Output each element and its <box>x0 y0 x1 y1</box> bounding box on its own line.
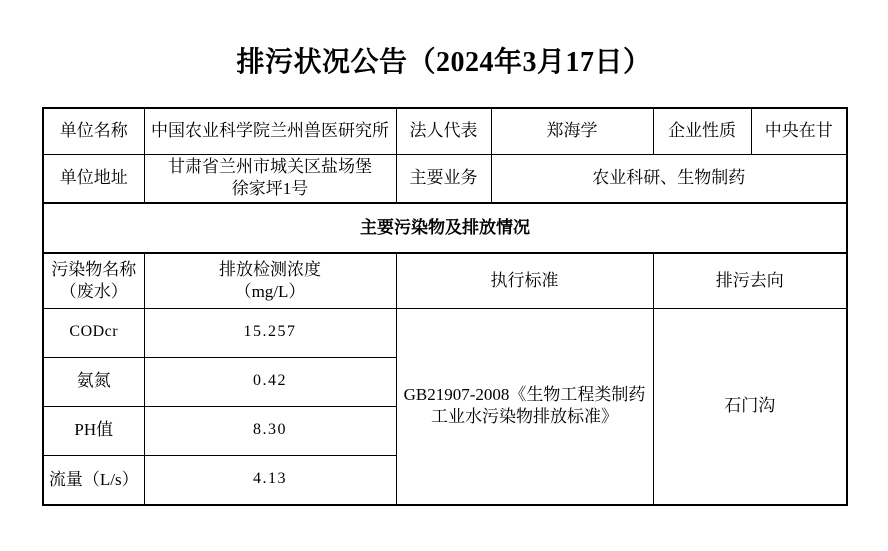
section-header: 主要污染物及排放情况 <box>43 203 847 253</box>
standard-header: 执行标准 <box>396 253 653 308</box>
pollutant-header-row: 污染物名称 （废水） 排放检测浓度 （mg/L） 执行标准 排污去向 <box>43 253 847 308</box>
pollutant-name-header: 污染物名称 （废水） <box>43 253 144 308</box>
unit-address-line2: 徐家坪1号 <box>147 178 394 200</box>
unit-name-label: 单位名称 <box>43 108 144 154</box>
legal-rep-value: 郑海学 <box>491 108 653 154</box>
destination-value: 石门沟 <box>653 308 847 505</box>
pollutant-row-codcr: CODcr 15.257 GB21907-2008《生物工程类制药 工业水污染物… <box>43 308 847 357</box>
pollutant-name: 流量（L/s） <box>43 455 144 505</box>
section-header-row: 主要污染物及排放情况 <box>43 203 847 253</box>
destination-header: 排污去向 <box>653 253 847 308</box>
concentration-header: 排放检测浓度 （mg/L） <box>144 253 396 308</box>
pollutant-value: 8.30 <box>144 406 396 455</box>
standard-value: GB21907-2008《生物工程类制药 工业水污染物排放标准》 <box>396 308 653 505</box>
announcement-page: 排污状况公告（2024年3月17日） 单位名称 中国农业科学院兰州兽医研究所 法… <box>0 0 888 551</box>
pollutant-name: PH值 <box>43 406 144 455</box>
unit-info-row-2: 单位地址 甘肃省兰州市城关区盐场堡 徐家坪1号 主要业务 农业科研、生物制药 <box>43 154 847 203</box>
unit-address-line1: 甘肃省兰州市城关区盐场堡 <box>147 156 394 178</box>
unit-info-row-1: 单位名称 中国农业科学院兰州兽医研究所 法人代表 郑海学 企业性质 中央在甘 <box>43 108 847 154</box>
unit-address-label: 单位地址 <box>43 154 144 203</box>
announcement-table: 单位名称 中国农业科学院兰州兽医研究所 法人代表 郑海学 企业性质 中央在甘 单… <box>42 107 848 506</box>
pollutant-name: CODcr <box>43 308 144 357</box>
pollutant-value: 0.42 <box>144 357 396 406</box>
concentration-header-line1: 排放检测浓度 <box>147 259 394 281</box>
pollutant-name-header-line2: （废水） <box>46 281 142 303</box>
enterprise-type-label: 企业性质 <box>653 108 751 154</box>
unit-name-value: 中国农业科学院兰州兽医研究所 <box>144 108 396 154</box>
pollutant-name: 氨氮 <box>43 357 144 406</box>
main-business-label: 主要业务 <box>396 154 491 203</box>
pollutant-name-header-line1: 污染物名称 <box>46 259 142 281</box>
concentration-header-line2: （mg/L） <box>147 281 394 303</box>
page-title: 排污状况公告（2024年3月17日） <box>0 0 888 80</box>
pollutant-value: 4.13 <box>144 455 396 505</box>
standard-value-line1: GB21907-2008《生物工程类制药 <box>399 384 651 406</box>
unit-address-value: 甘肃省兰州市城关区盐场堡 徐家坪1号 <box>144 154 396 203</box>
enterprise-type-value: 中央在甘 <box>751 108 847 154</box>
pollutant-value: 15.257 <box>144 308 396 357</box>
legal-rep-label: 法人代表 <box>396 108 491 154</box>
standard-value-line2: 工业水污染物排放标准》 <box>399 406 651 428</box>
main-business-value: 农业科研、生物制药 <box>491 154 847 203</box>
